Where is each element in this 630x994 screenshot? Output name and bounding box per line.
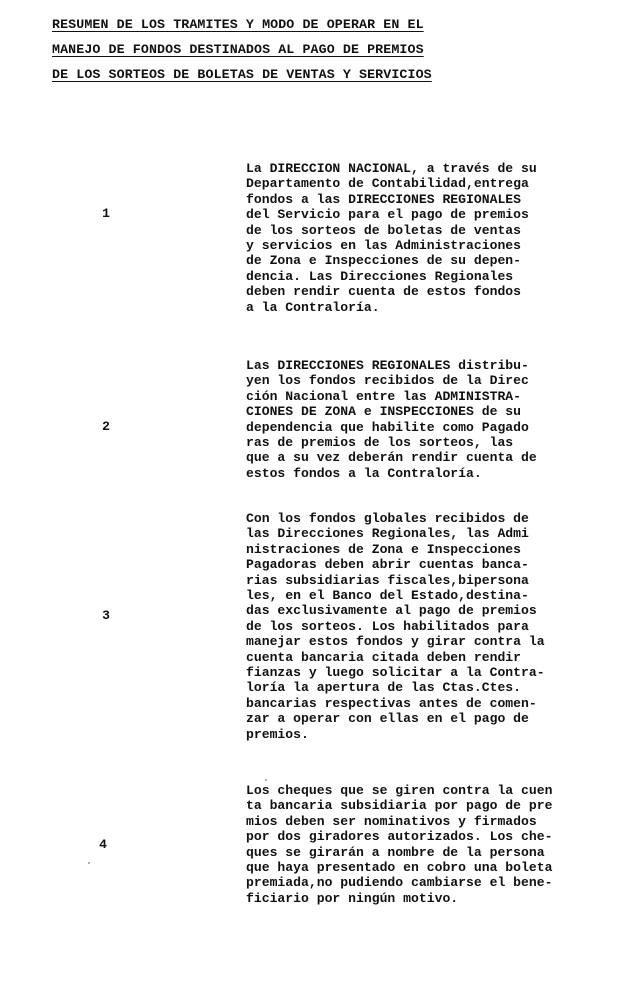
item-paragraph-3: Con los fondos globales recibidos delas … [246, 511, 606, 742]
item-number-4: 4 [93, 837, 113, 852]
paragraph-line: del Servicio para el pago de premios [246, 207, 606, 222]
paragraph-line: que haya presentado en cobro una boleta [246, 860, 606, 875]
paragraph-line: yen los fondos recibidos de la Direc [246, 373, 606, 388]
paragraph-line: y servicios en las Administraciones [246, 238, 606, 253]
paragraph-line: deben rendir cuenta de estos fondos [246, 284, 606, 299]
item-number-2: 2 [96, 419, 116, 434]
paragraph-line: por dos giradores autorizados. Los che- [246, 829, 606, 844]
title-line-1: RESUMEN DE LOS TRAMITES Y MODO DE OPERAR… [52, 12, 512, 37]
item-paragraph-1: La DIRECCION NACIONAL, a través de suDep… [246, 161, 606, 315]
paragraph-line: Con los fondos globales recibidos de [246, 511, 606, 526]
paragraph-line: rias subsidiarias fiscales,bipersona [246, 573, 606, 588]
paragraph-line: loría la apertura de las Ctas.Ctes. [246, 680, 606, 695]
item-paragraph-4: Los cheques que se giren contra la cuent… [246, 783, 606, 906]
paragraph-line: bancarias respectivas antes de comen- [246, 696, 606, 711]
scan-speck [88, 862, 90, 864]
paragraph-line: zar a operar con ellas en el pago de [246, 711, 606, 726]
item-number-3: 3 [96, 608, 116, 623]
paragraph-line: dencia. Las Direcciones Regionales [246, 269, 606, 284]
paragraph-line: a la Contraloría. [246, 300, 606, 315]
paragraph-line: ta bancaria subsidiaria por pago de pre [246, 798, 606, 813]
paragraph-line: ras de premios de los sorteos, las [246, 435, 606, 450]
paragraph-line: Los cheques que se giren contra la cuen [246, 783, 606, 798]
document-title: RESUMEN DE LOS TRAMITES Y MODO DE OPERAR… [52, 12, 512, 87]
scan-speck [265, 779, 267, 781]
paragraph-line: fondos a las DIRECCIONES REGIONALES [246, 192, 606, 207]
paragraph-line: cuenta bancaria citada deben rendir [246, 650, 606, 665]
paragraph-line: de los sorteos de boletas de ventas [246, 223, 606, 238]
paragraph-line: estos fondos a la Contraloría. [246, 466, 606, 481]
paragraph-line: Las DIRECCIONES REGIONALES distribu- [246, 358, 606, 373]
title-line-2: MANEJO DE FONDOS DESTINADOS AL PAGO DE P… [52, 37, 512, 62]
paragraph-line: La DIRECCION NACIONAL, a través de su [246, 161, 606, 176]
paragraph-line: ción Nacional entre las ADMINISTRA- [246, 389, 606, 404]
title-line-3: DE LOS SORTEOS DE BOLETAS DE VENTAS Y SE… [52, 62, 512, 87]
paragraph-line: ficiario por ningún motivo. [246, 891, 606, 906]
paragraph-line: mios deben ser nominativos y firmados [246, 814, 606, 829]
paragraph-line: premios. [246, 727, 606, 742]
paragraph-line: das exclusivamente al pago de premios [246, 603, 606, 618]
item-paragraph-2: Las DIRECCIONES REGIONALES distribu-yen … [246, 358, 606, 481]
paragraph-line: ques se girarán a nombre de la persona [246, 845, 606, 860]
paragraph-line: de los sorteos. Los habilitados para [246, 619, 606, 634]
paragraph-line: les, en el Banco del Estado,destina- [246, 588, 606, 603]
paragraph-line: Departamento de Contabilidad,entrega [246, 176, 606, 191]
paragraph-line: nistraciones de Zona e Inspecciones [246, 542, 606, 557]
paragraph-line: las Direcciones Regionales, las Admi [246, 526, 606, 541]
paragraph-line: CIONES DE ZONA e INSPECCIONES de su [246, 404, 606, 419]
paragraph-line: premiada,no pudiendo cambiarse el bene- [246, 875, 606, 890]
item-number-1: 1 [96, 206, 116, 221]
paragraph-line: manejar estos fondos y girar contra la [246, 634, 606, 649]
paragraph-line: que a su vez deberán rendir cuenta de [246, 450, 606, 465]
paragraph-line: dependencia que habilite como Pagado [246, 420, 606, 435]
paragraph-line: Pagadoras deben abrir cuentas banca- [246, 557, 606, 572]
paragraph-line: de Zona e Inspecciones de su depen- [246, 253, 606, 268]
paragraph-line: fianzas y luego solicitar a la Contra- [246, 665, 606, 680]
